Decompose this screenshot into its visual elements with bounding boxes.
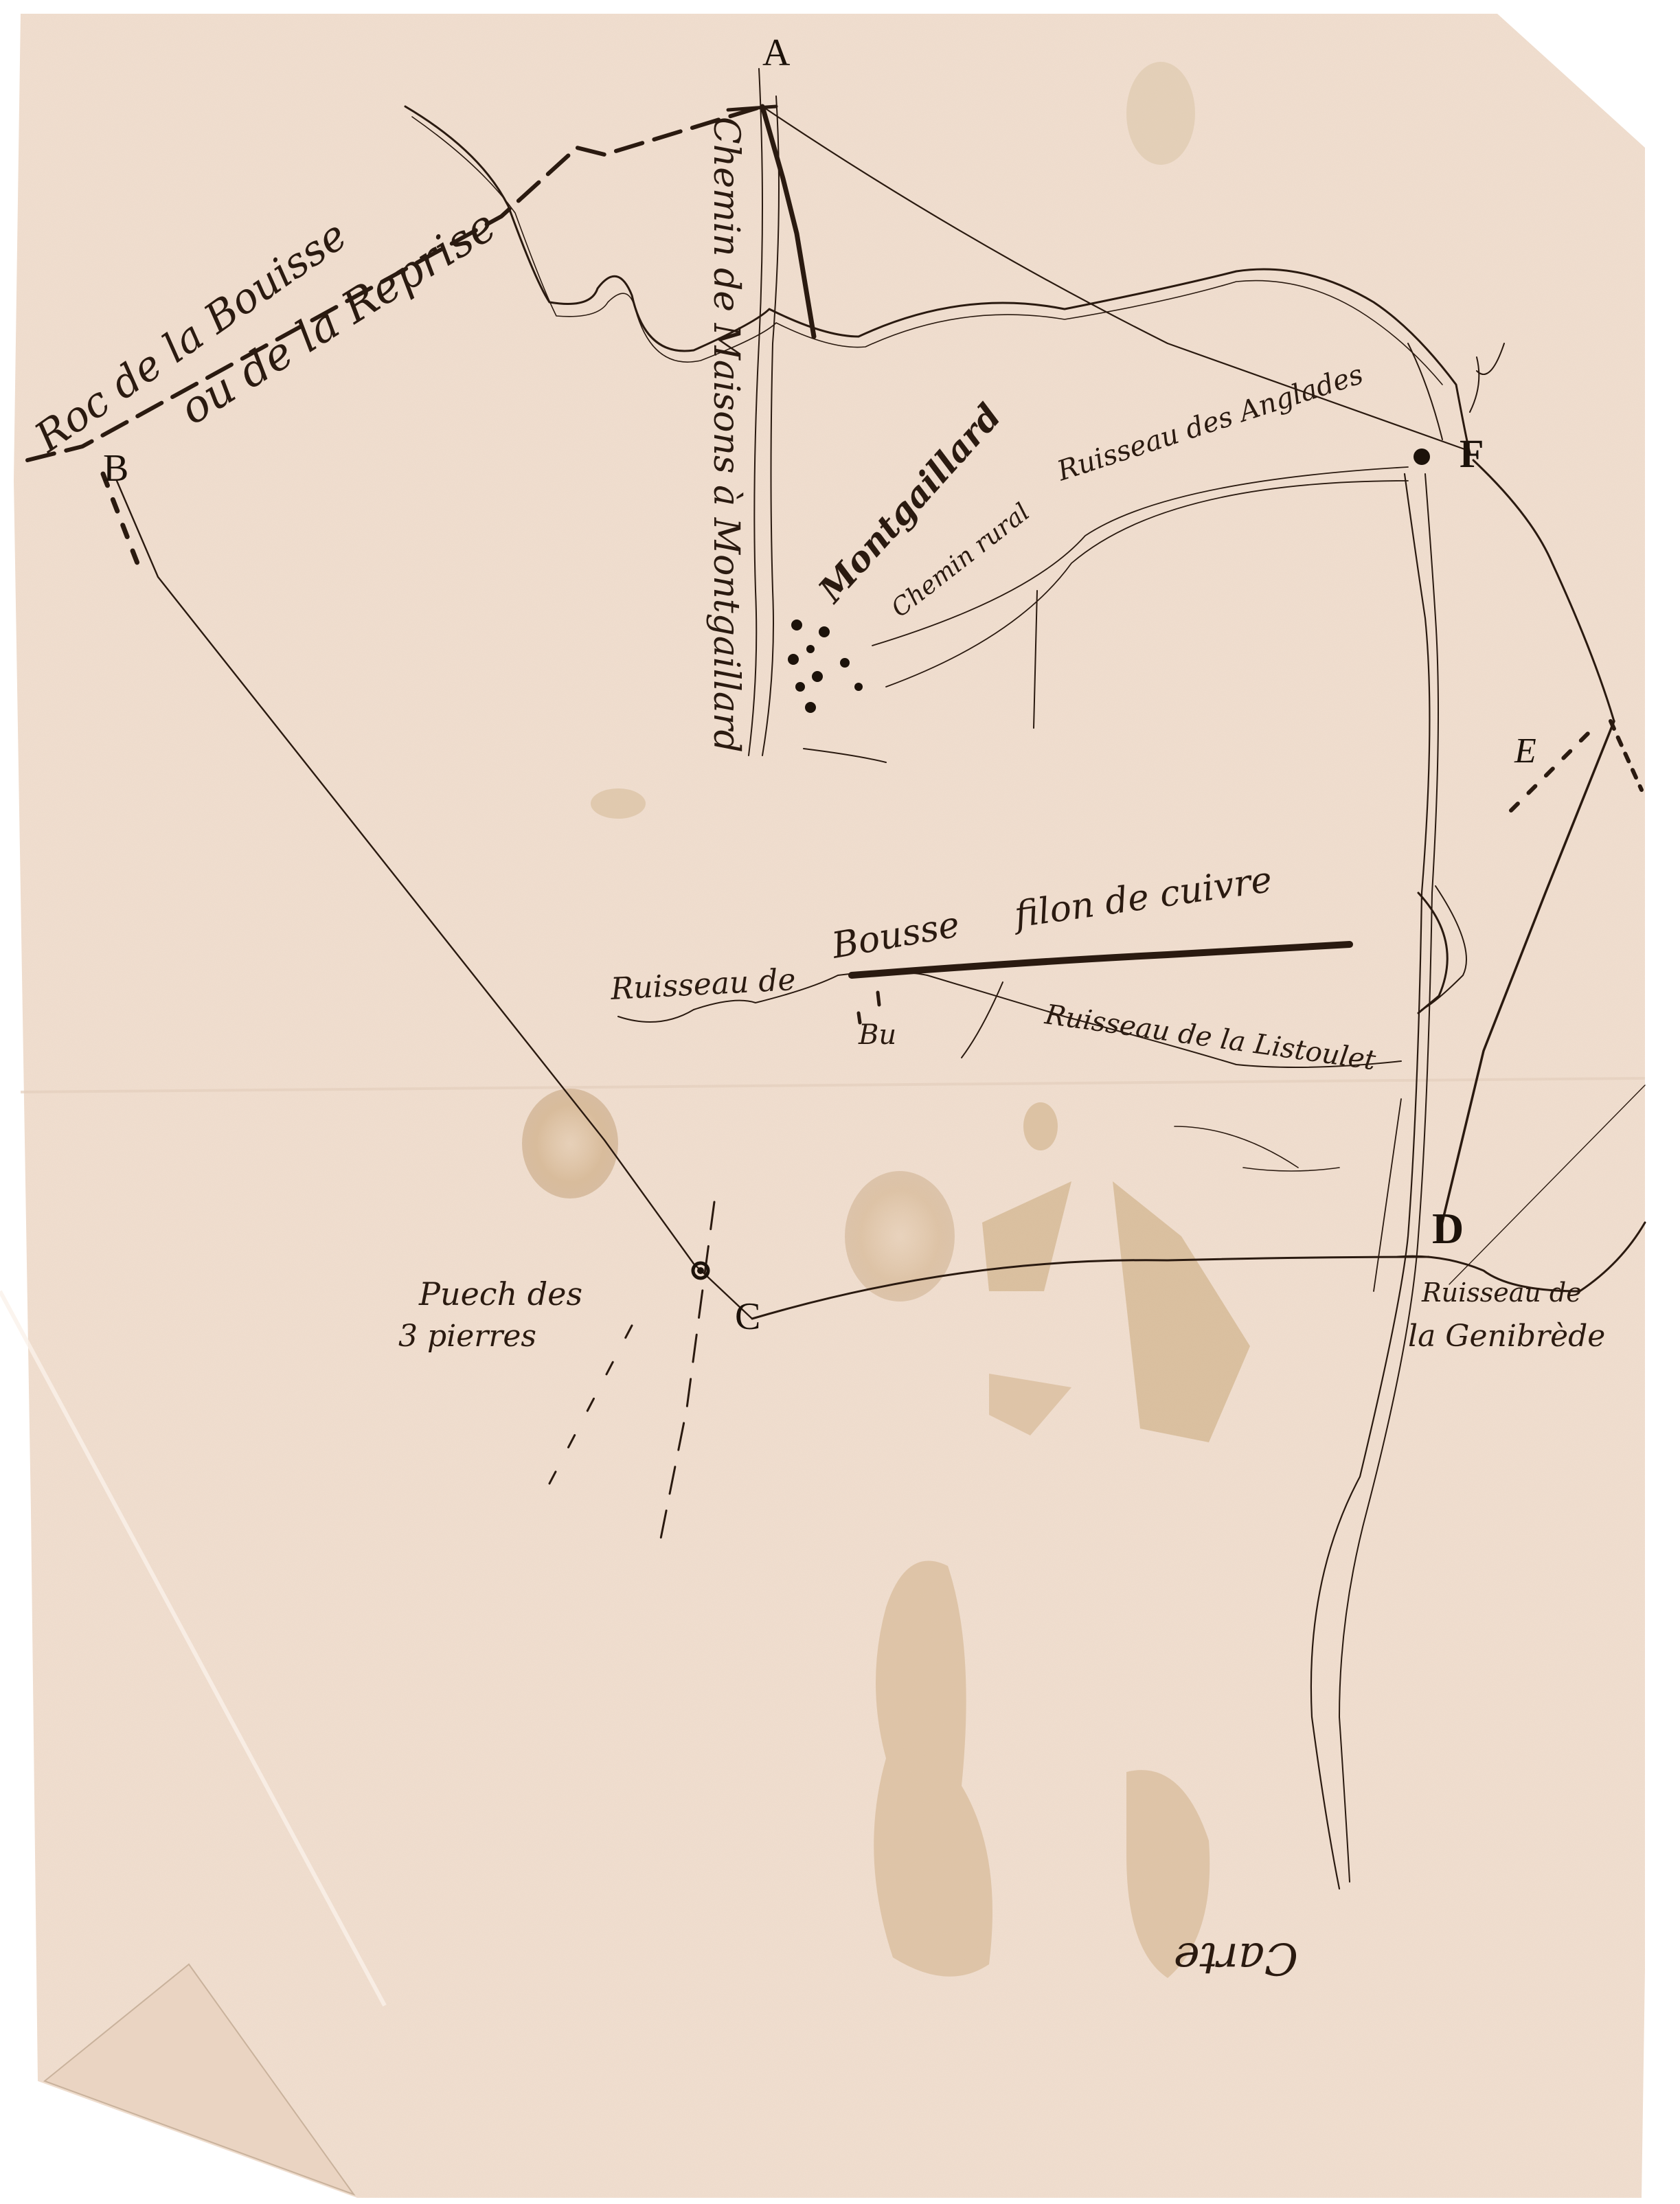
point-a-label: A — [762, 32, 791, 74]
point-c-label: C — [735, 1295, 760, 1338]
label-genibrede-line2: la Genibrède — [1408, 1319, 1605, 1354]
map-sheet: A B C D E F Roc de la Bouisse ou de la R… — [0, 0, 1680, 2204]
point-d-label: D — [1432, 1204, 1464, 1253]
label-puech-line1: Puech des — [418, 1275, 582, 1313]
point-f-label: F — [1460, 431, 1484, 476]
point-f-marker — [1414, 448, 1430, 465]
label-genibrede-line1: Ruisseau de — [1421, 1277, 1582, 1308]
label-chemin-maisons: Chemin de Maisons à Montgaillard — [705, 117, 747, 753]
point-e-label: E — [1514, 731, 1536, 771]
signature-upside-down: Carte — [1174, 1933, 1298, 1984]
point-b-label: B — [103, 447, 128, 490]
label-puech-line2: 3 pierres — [398, 1319, 536, 1354]
label-bu: Bu — [858, 1019, 896, 1051]
